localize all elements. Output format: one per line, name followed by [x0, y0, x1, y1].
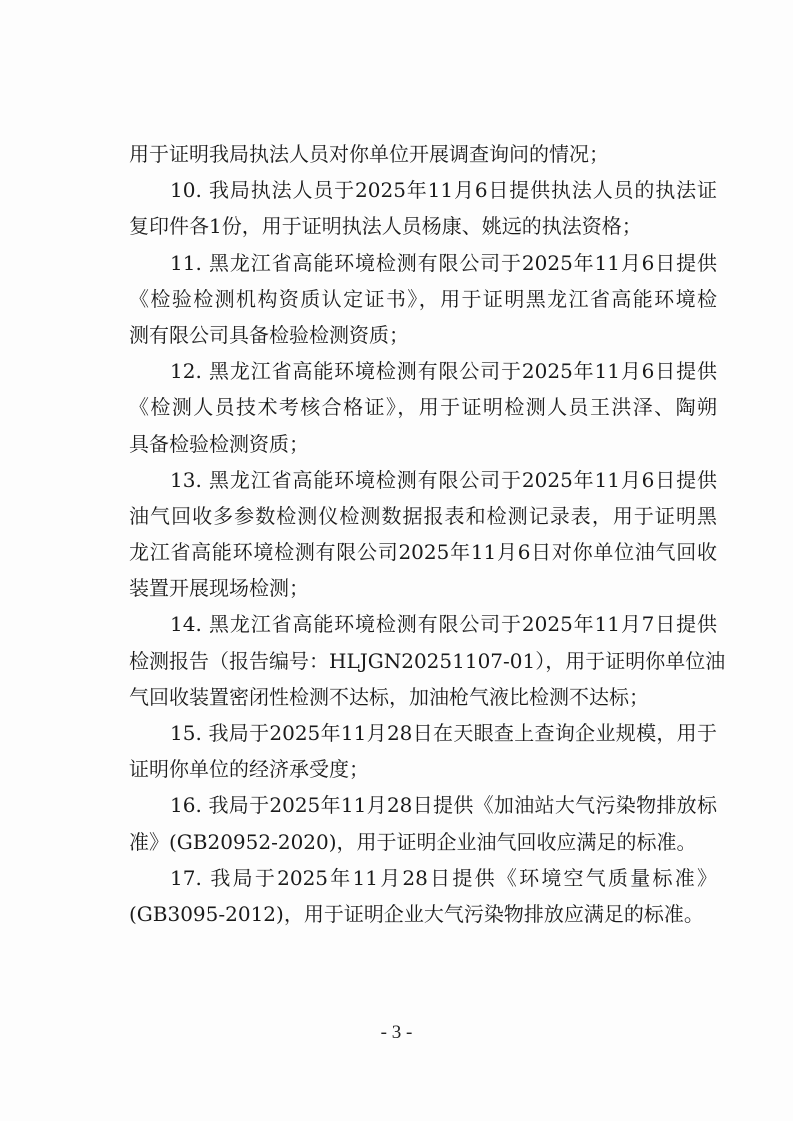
- text-line: (GB3095-2012)，用于证明企业大气污染物排放应满足的标准。: [129, 896, 717, 932]
- text-line: 用于证明我局执法人员对你单位开展调查询问的情况；: [129, 136, 717, 172]
- text-line: 13. 黑龙江省高能环境检测有限公司于2025年11月6日提供: [129, 462, 717, 498]
- text-line: 测有限公司具备检验检测资质；: [129, 317, 717, 353]
- paragraph-item-13: 13. 黑龙江省高能环境检测有限公司于2025年11月6日提供 油气回收多参数检…: [129, 462, 717, 607]
- text-line: 14. 黑龙江省高能环境检测有限公司于2025年11月7日提供: [129, 606, 717, 642]
- text-line: 17. 我局于2025年11月28日提供《环境空气质量标准》: [129, 860, 717, 896]
- text-line: 具备检验检测资质；: [129, 426, 717, 462]
- text-line: 11. 黑龙江省高能环境检测有限公司于2025年11月6日提供: [129, 245, 717, 281]
- paragraph-item-10: 10. 我局执法人员于2025年11月6日提供执法人员的执法证 复印件各1份，用…: [129, 172, 717, 244]
- text-line: 15. 我局于2025年11月28日在天眼查上查询企业规模，用于: [129, 715, 717, 751]
- page-number: - 3 -: [0, 1022, 793, 1044]
- paragraph-item-17: 17. 我局于2025年11月28日提供《环境空气质量标准》 (GB3095-2…: [129, 860, 717, 932]
- text-line: 《检验检测机构资质认定证书》，用于证明黑龙江省高能环境检: [129, 281, 717, 317]
- text-line: 16. 我局于2025年11月28日提供《加油站大气污染物排放标: [129, 787, 717, 823]
- paragraph-item-16: 16. 我局于2025年11月28日提供《加油站大气污染物排放标 准》(GB20…: [129, 787, 717, 859]
- paragraph-item-14: 14. 黑龙江省高能环境检测有限公司于2025年11月7日提供 检测报告（报告编…: [129, 606, 717, 715]
- text-line: 检测报告（报告编号：HLJGN20251107-01），用于证明你单位油: [129, 643, 717, 679]
- text-line: 气回收装置密闭性检测不达标，加油枪气液比检测不达标；: [129, 679, 717, 715]
- paragraph-item-11: 11. 黑龙江省高能环境检测有限公司于2025年11月6日提供 《检验检测机构资…: [129, 245, 717, 354]
- text-line: 装置开展现场检测；: [129, 570, 717, 606]
- paragraph-item-15: 15. 我局于2025年11月28日在天眼查上查询企业规模，用于 证明你单位的经…: [129, 715, 717, 787]
- document-page: 用于证明我局执法人员对你单位开展调查询问的情况； 10. 我局执法人员于2025…: [0, 0, 793, 1121]
- paragraph-item-12: 12. 黑龙江省高能环境检测有限公司于2025年11月6日提供 《检测人员技术考…: [129, 353, 717, 462]
- paragraph-item-9-continuation: 用于证明我局执法人员对你单位开展调查询问的情况；: [129, 136, 717, 172]
- text-line: 油气回收多参数检测仪检测数据报表和检测记录表，用于证明黑: [129, 498, 717, 534]
- text-line: 证明你单位的经济承受度；: [129, 751, 717, 787]
- text-line: 准》(GB20952-2020)，用于证明企业油气回收应满足的标准。: [129, 824, 717, 860]
- document-body: 用于证明我局执法人员对你单位开展调查询问的情况； 10. 我局执法人员于2025…: [129, 136, 717, 932]
- text-line: 龙江省高能环境检测有限公司2025年11月6日对你单位油气回收: [129, 534, 717, 570]
- text-line: 10. 我局执法人员于2025年11月6日提供执法人员的执法证: [129, 172, 717, 208]
- text-line: 复印件各1份，用于证明执法人员杨康、姚远的执法资格；: [129, 208, 717, 244]
- text-line: 12. 黑龙江省高能环境检测有限公司于2025年11月6日提供: [129, 353, 717, 389]
- text-line: 《检测人员技术考核合格证》，用于证明检测人员王洪泽、陶朔: [129, 389, 717, 425]
